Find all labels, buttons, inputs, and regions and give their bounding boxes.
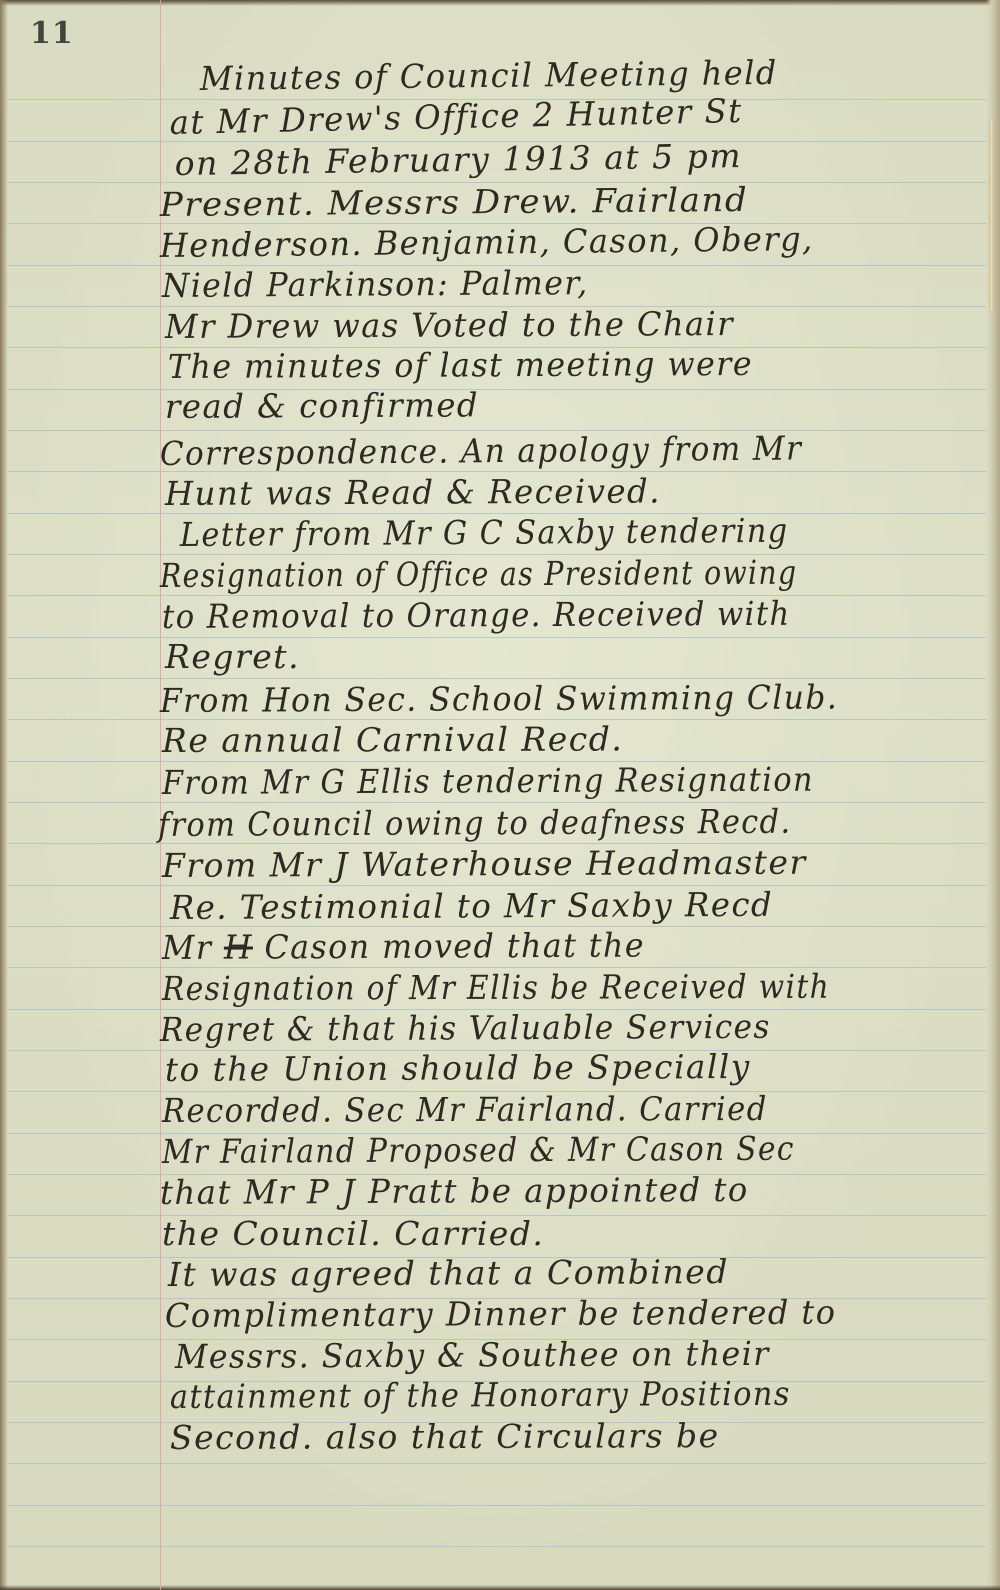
page-edge-left xyxy=(0,0,8,1590)
handwritten-line: Regret. xyxy=(165,640,300,673)
minutes-title: Minutes of Council Meeting held xyxy=(200,56,778,95)
handwritten-line: to the Union should be Specially xyxy=(165,1050,751,1086)
rule-line xyxy=(8,1505,986,1506)
handwritten-line: From Mr J Waterhouse Headmaster xyxy=(162,846,807,882)
attendance-line: Nield Parkinson: Palmer, xyxy=(162,266,589,302)
paper-tear xyxy=(989,120,994,310)
rule-line xyxy=(8,1546,986,1547)
rule-line xyxy=(8,389,986,390)
handwritten-line: Resignation of Office as President owing xyxy=(160,556,798,592)
handwritten-line: Hunt was Read & Received. xyxy=(165,474,661,510)
meeting-date-line: on 28th February 1913 at 5 pm xyxy=(175,139,743,180)
handwritten-line: Resignation of Mr Ellis be Received with xyxy=(162,970,830,1005)
handwritten-line: the Council. Carried. xyxy=(162,1217,544,1250)
handwritten-line: from Council owing to deafness Recd. xyxy=(158,805,792,841)
handwritten-line: Mr Fairland Proposed & Mr Cason Sec xyxy=(162,1132,795,1168)
handwritten-line: Complimentary Dinner be tendered to xyxy=(165,1295,837,1332)
page-edge-bottom xyxy=(0,1585,1000,1590)
page-edge-top xyxy=(0,0,1000,6)
correspondence-line: Correspondence. An apology from Mr xyxy=(160,431,803,470)
attendance-line: Henderson. Benjamin, Cason, Oberg, xyxy=(160,222,814,262)
ledger-page: 11 Minutes of Council Meeting held at Mr… xyxy=(0,0,1000,1590)
handwritten-line: Regret & that his Valuable Services xyxy=(160,1010,771,1046)
handwritten-line: to Removal to Orange. Received with xyxy=(162,597,791,633)
struck-initial: H xyxy=(224,928,253,967)
handwritten-line: at Mr Drew's Office 2 Hunter St xyxy=(169,94,743,139)
handwritten-line: Re annual Carnival Recd. xyxy=(162,722,623,757)
page-number: 11 xyxy=(30,16,74,51)
handwritten-line: The minutes of last meeting were xyxy=(168,347,753,383)
handwritten-line: Recorded. Sec Mr Fairland. Carried xyxy=(162,1092,768,1127)
handwritten-line: From Hon Sec. School Swimming Club. xyxy=(160,680,838,717)
rule-line xyxy=(8,1463,986,1464)
handwritten-line: Messrs. Saxby & Southee on their xyxy=(175,1337,770,1373)
line-suffix: Cason moved that the xyxy=(253,925,645,966)
handwritten-line: Mr H Cason moved that the xyxy=(162,928,645,964)
handwritten-line: It was agreed that a Combined xyxy=(168,1255,729,1291)
line-prefix: Mr xyxy=(162,928,224,967)
handwritten-line: read & confirmed xyxy=(165,388,479,423)
handwritten-line: Second. also that Circulars be xyxy=(170,1419,720,1454)
handwritten-line: that Mr P J Pratt be appointed to xyxy=(160,1173,749,1209)
attendance-line: Present. Messrs Drew. Fairland xyxy=(160,183,749,221)
rule-line xyxy=(8,637,986,638)
handwritten-line: Letter from Mr G C Saxby tendering xyxy=(180,514,789,551)
handwritten-line: Mr Drew was Voted to the Chair xyxy=(165,307,734,343)
handwritten-line: Re. Testimonial to Mr Saxby Recd xyxy=(170,888,773,924)
handwritten-line: attainment of the Honorary Positions xyxy=(170,1377,791,1413)
handwritten-line: From Mr G Ellis tendering Resignation xyxy=(162,763,814,799)
